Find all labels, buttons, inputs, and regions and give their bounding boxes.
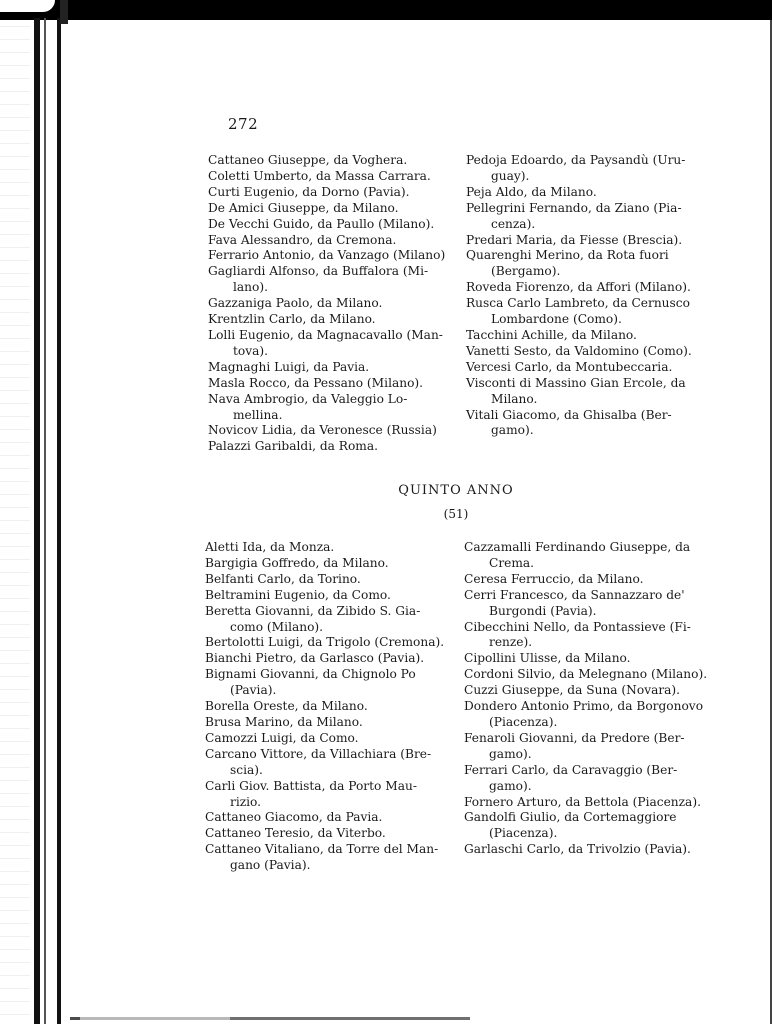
entry-text: Rusca Carlo Lambreto, da Cernusco bbox=[466, 296, 728, 312]
lower-right-column: Cazzamalli Ferdinando Giuseppe, daCrema.… bbox=[464, 540, 728, 858]
list-item: Krentzlin Carlo, da Milano. bbox=[208, 312, 458, 328]
entry-continuation: (Pavia). bbox=[205, 683, 457, 699]
entry-continuation: (Piacenza). bbox=[464, 715, 728, 731]
entry-text: Ceresa Ferruccio, da Milano. bbox=[464, 572, 728, 588]
list-item: Bertolotti Luigi, da Trigolo (Cremona). bbox=[205, 635, 457, 651]
entry-text: Beretta Giovanni, da Zibido S. Gia- bbox=[205, 604, 457, 620]
list-item: Coletti Umberto, da Massa Carrara. bbox=[208, 169, 458, 185]
list-item: Aletti Ida, da Monza. bbox=[205, 540, 457, 556]
section-heading: QUINTO ANNO bbox=[0, 483, 772, 498]
list-item: Cuzzi Giuseppe, da Suna (Novara). bbox=[464, 683, 728, 699]
list-item: Gagliardi Alfonso, da Buffalora (Mi-lano… bbox=[208, 264, 458, 296]
entry-continuation: scia). bbox=[205, 763, 457, 779]
entry-text: De Vecchi Guido, da Paullo (Milano). bbox=[208, 217, 458, 233]
entry-text: Peja Aldo, da Milano. bbox=[466, 185, 728, 201]
list-item: Palazzi Garibaldi, da Roma. bbox=[208, 439, 458, 455]
entry-continuation: mellina. bbox=[208, 408, 458, 424]
entry-text: Dondero Antonio Primo, da Borgonovo bbox=[464, 699, 728, 715]
entry-text: Magnaghi Luigi, da Pavia. bbox=[208, 360, 458, 376]
list-item: Roveda Fiorenzo, da Affori (Milano). bbox=[466, 280, 728, 296]
section-count: (51) bbox=[0, 507, 772, 521]
entry-continuation: tova). bbox=[208, 344, 458, 360]
list-item: Cazzamalli Ferdinando Giuseppe, daCrema. bbox=[464, 540, 728, 572]
list-item: Bignami Giovanni, da Chignolo Po(Pavia). bbox=[205, 667, 457, 699]
entry-text: Cerri Francesco, da Sannazzaro de' bbox=[464, 588, 728, 604]
entry-text: Krentzlin Carlo, da Milano. bbox=[208, 312, 458, 328]
entry-continuation: Crema. bbox=[464, 556, 728, 572]
list-item: Visconti di Massino Gian Ercole, daMilan… bbox=[466, 376, 728, 408]
entry-text: Belfanti Carlo, da Torino. bbox=[205, 572, 457, 588]
entry-text: Cuzzi Giuseppe, da Suna (Novara). bbox=[464, 683, 728, 699]
entry-text: Cattaneo Giacomo, da Pavia. bbox=[205, 810, 457, 826]
entry-text: Bianchi Pietro, da Garlasco (Pavia). bbox=[205, 651, 457, 667]
entry-text: Gagliardi Alfonso, da Buffalora (Mi- bbox=[208, 264, 458, 280]
entry-text: Visconti di Massino Gian Ercole, da bbox=[466, 376, 728, 392]
entry-text: Vanetti Sesto, da Valdomino (Como). bbox=[466, 344, 728, 360]
entry-text: Fava Alessandro, da Cremona. bbox=[208, 233, 458, 249]
list-item: Cattaneo Teresio, da Viterbo. bbox=[205, 826, 457, 842]
entry-text: Cattaneo Giuseppe, da Voghera. bbox=[208, 153, 458, 169]
entry-text: Roveda Fiorenzo, da Affori (Milano). bbox=[466, 280, 728, 296]
list-item: Carcano Vittore, da Villachiara (Bre-sci… bbox=[205, 747, 457, 779]
entry-text: Cazzamalli Ferdinando Giuseppe, da bbox=[464, 540, 728, 556]
entry-text: Bignami Giovanni, da Chignolo Po bbox=[205, 667, 457, 683]
entry-text: Cordoni Silvio, da Melegnano (Milano). bbox=[464, 667, 728, 683]
list-item: Pellegrini Fernando, da Ziano (Pia-cenza… bbox=[466, 201, 728, 233]
list-item: Vanetti Sesto, da Valdomino (Como). bbox=[466, 344, 728, 360]
lower-left-column: Aletti Ida, da Monza.Bargigia Goffredo, … bbox=[205, 540, 457, 874]
entry-text: Ferrario Antonio, da Vanzago (Milano) bbox=[208, 248, 458, 264]
list-item: Predari Maria, da Fiesse (Brescia). bbox=[466, 233, 728, 249]
entry-text: Palazzi Garibaldi, da Roma. bbox=[208, 439, 458, 455]
entry-text: Predari Maria, da Fiesse (Brescia). bbox=[466, 233, 728, 249]
list-item: Brusa Marino, da Milano. bbox=[205, 715, 457, 731]
list-item: Cipollini Ulisse, da Milano. bbox=[464, 651, 728, 667]
list-item: Curti Eugenio, da Dorno (Pavia). bbox=[208, 185, 458, 201]
entry-text: Pedoja Edoardo, da Paysandù (Uru- bbox=[466, 153, 728, 169]
list-item: Fava Alessandro, da Cremona. bbox=[208, 233, 458, 249]
list-item: De Amici Giuseppe, da Milano. bbox=[208, 201, 458, 217]
list-item: Garlaschi Carlo, da Trivolzio (Pavia). bbox=[464, 842, 728, 858]
entry-continuation: gamo). bbox=[466, 423, 728, 439]
entry-continuation: Burgondi (Pavia). bbox=[464, 604, 728, 620]
list-item: Quarenghi Merino, da Rota fuori(Bergamo)… bbox=[466, 248, 728, 280]
entry-text: Beltramini Eugenio, da Como. bbox=[205, 588, 457, 604]
entry-text: De Amici Giuseppe, da Milano. bbox=[208, 201, 458, 217]
entry-text: Quarenghi Merino, da Rota fuori bbox=[466, 248, 728, 264]
list-item: De Vecchi Guido, da Paullo (Milano). bbox=[208, 217, 458, 233]
list-item: Rusca Carlo Lambreto, da CernuscoLombard… bbox=[466, 296, 728, 328]
entry-text: Coletti Umberto, da Massa Carrara. bbox=[208, 169, 458, 185]
entry-text: Nava Ambrogio, da Valeggio Lo- bbox=[208, 392, 458, 408]
scan-top-border bbox=[0, 0, 772, 20]
list-item: Peja Aldo, da Milano. bbox=[466, 185, 728, 201]
list-item: Gandolfi Giulio, da Cortemaggiore(Piacen… bbox=[464, 810, 728, 842]
entry-continuation: Lombardone (Como). bbox=[466, 312, 728, 328]
list-item: Cattaneo Vitaliano, da Torre del Man-gan… bbox=[205, 842, 457, 874]
page-bottom-edge bbox=[70, 1017, 470, 1020]
entry-text: Vercesi Carlo, da Montubeccaria. bbox=[466, 360, 728, 376]
entry-text: Ferrari Carlo, da Caravaggio (Ber- bbox=[464, 763, 728, 779]
list-item: Pedoja Edoardo, da Paysandù (Uru-guay). bbox=[466, 153, 728, 185]
entry-continuation: lano). bbox=[208, 280, 458, 296]
entry-text: Cattaneo Vitaliano, da Torre del Man- bbox=[205, 842, 457, 858]
entry-continuation: gamo). bbox=[464, 779, 728, 795]
list-item: Bianchi Pietro, da Garlasco (Pavia). bbox=[205, 651, 457, 667]
entry-text: Pellegrini Fernando, da Ziano (Pia- bbox=[466, 201, 728, 217]
entry-continuation: (Bergamo). bbox=[466, 264, 728, 280]
upper-right-column: Pedoja Edoardo, da Paysandù (Uru-guay).P… bbox=[466, 153, 728, 439]
entry-text: Bargigia Goffredo, da Milano. bbox=[205, 556, 457, 572]
list-item: Cerri Francesco, da Sannazzaro de'Burgon… bbox=[464, 588, 728, 620]
list-item: Bargigia Goffredo, da Milano. bbox=[205, 556, 457, 572]
entry-text: Garlaschi Carlo, da Trivolzio (Pavia). bbox=[464, 842, 728, 858]
entry-text: Lolli Eugenio, da Magnacavallo (Man- bbox=[208, 328, 458, 344]
list-item: Dondero Antonio Primo, da Borgonovo(Piac… bbox=[464, 699, 728, 731]
entry-text: Vitali Giacomo, da Ghisalba (Ber- bbox=[466, 408, 728, 424]
entry-text: Fenaroli Giovanni, da Predore (Ber- bbox=[464, 731, 728, 747]
list-item: Belfanti Carlo, da Torino. bbox=[205, 572, 457, 588]
entry-text: Gazzaniga Paolo, da Milano. bbox=[208, 296, 458, 312]
list-item: Ferrari Carlo, da Caravaggio (Ber-gamo). bbox=[464, 763, 728, 795]
list-item: Cibecchini Nello, da Pontassieve (Fi-ren… bbox=[464, 620, 728, 652]
list-item: Beretta Giovanni, da Zibido S. Gia-como … bbox=[205, 604, 457, 636]
entry-text: Brusa Marino, da Milano. bbox=[205, 715, 457, 731]
entry-text: Fornero Arturo, da Bettola (Piacenza). bbox=[464, 795, 728, 811]
entry-text: Gandolfi Giulio, da Cortemaggiore bbox=[464, 810, 728, 826]
list-item: Vercesi Carlo, da Montubeccaria. bbox=[466, 360, 728, 376]
list-item: Gazzaniga Paolo, da Milano. bbox=[208, 296, 458, 312]
entry-text: Borella Oreste, da Milano. bbox=[205, 699, 457, 715]
list-item: Cordoni Silvio, da Melegnano (Milano). bbox=[464, 667, 728, 683]
entry-text: Novicov Lidia, da Veronesce (Russia) bbox=[208, 423, 458, 439]
entry-text: Cipollini Ulisse, da Milano. bbox=[464, 651, 728, 667]
list-item: Tacchini Achille, da Milano. bbox=[466, 328, 728, 344]
page-number: 272 bbox=[228, 115, 258, 133]
upper-left-column: Cattaneo Giuseppe, da Voghera.Coletti Um… bbox=[208, 153, 458, 455]
entry-continuation: (Piacenza). bbox=[464, 826, 728, 842]
entry-text: Bertolotti Luigi, da Trigolo (Cremona). bbox=[205, 635, 457, 651]
entry-continuation: gamo). bbox=[464, 747, 728, 763]
list-item: Ceresa Ferruccio, da Milano. bbox=[464, 572, 728, 588]
entry-text: Carcano Vittore, da Villachiara (Bre- bbox=[205, 747, 457, 763]
list-item: Cattaneo Giacomo, da Pavia. bbox=[205, 810, 457, 826]
entry-text: Masla Rocco, da Pessano (Milano). bbox=[208, 376, 458, 392]
entry-text: Camozzi Luigi, da Como. bbox=[205, 731, 457, 747]
entry-text: Cattaneo Teresio, da Viterbo. bbox=[205, 826, 457, 842]
entry-continuation: como (Milano). bbox=[205, 620, 457, 636]
list-item: Nava Ambrogio, da Valeggio Lo-mellina. bbox=[208, 392, 458, 424]
entry-text: Aletti Ida, da Monza. bbox=[205, 540, 457, 556]
entry-text: Curti Eugenio, da Dorno (Pavia). bbox=[208, 185, 458, 201]
list-item: Lolli Eugenio, da Magnacavallo (Man-tova… bbox=[208, 328, 458, 360]
entry-continuation: Milano. bbox=[466, 392, 728, 408]
list-item: Magnaghi Luigi, da Pavia. bbox=[208, 360, 458, 376]
entry-continuation: rizio. bbox=[205, 795, 457, 811]
list-item: Vitali Giacomo, da Ghisalba (Ber-gamo). bbox=[466, 408, 728, 440]
list-item: Cattaneo Giuseppe, da Voghera. bbox=[208, 153, 458, 169]
entry-continuation: cenza). bbox=[466, 217, 728, 233]
list-item: Masla Rocco, da Pessano (Milano). bbox=[208, 376, 458, 392]
list-item: Beltramini Eugenio, da Como. bbox=[205, 588, 457, 604]
list-item: Carli Giov. Battista, da Porto Mau-rizio… bbox=[205, 779, 457, 811]
entry-continuation: guay). bbox=[466, 169, 728, 185]
entry-text: Carli Giov. Battista, da Porto Mau- bbox=[205, 779, 457, 795]
list-item: Fornero Arturo, da Bettola (Piacenza). bbox=[464, 795, 728, 811]
list-item: Camozzi Luigi, da Como. bbox=[205, 731, 457, 747]
entry-continuation: renze). bbox=[464, 635, 728, 651]
list-item: Ferrario Antonio, da Vanzago (Milano) bbox=[208, 248, 458, 264]
list-item: Novicov Lidia, da Veronesce (Russia) bbox=[208, 423, 458, 439]
entry-continuation: gano (Pavia). bbox=[205, 858, 457, 874]
entry-text: Tacchini Achille, da Milano. bbox=[466, 328, 728, 344]
entry-text: Cibecchini Nello, da Pontassieve (Fi- bbox=[464, 620, 728, 636]
list-item: Fenaroli Giovanni, da Predore (Ber-gamo)… bbox=[464, 731, 728, 763]
list-item: Borella Oreste, da Milano. bbox=[205, 699, 457, 715]
